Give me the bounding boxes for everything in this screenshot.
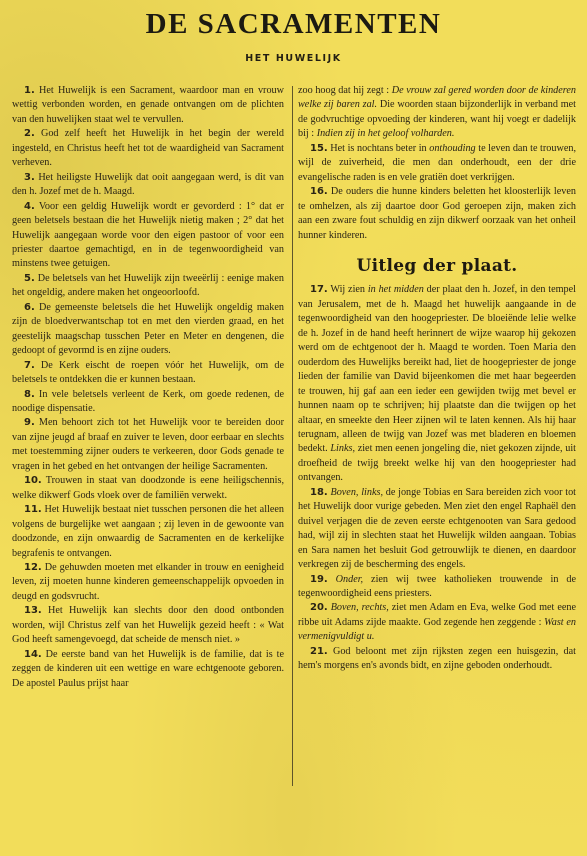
paragraph-text: De ouders die hunne kinders beletten het…	[298, 186, 576, 240]
paragraph-1: 1. Het Huwelijk is een Sacrament, waardo…	[12, 84, 284, 127]
paragraph-15: 15. Het is nochtans beter in onthouding …	[298, 142, 576, 185]
paragraph-number: 18.	[310, 487, 328, 498]
section-heading: Uitleg der plaat.	[298, 259, 576, 273]
document-page: DE SACRAMENTEN HET HUWELIJK 1. Het Huwel…	[0, 0, 587, 856]
paragraph-13: 13. Het Huwelijk kan slechts door den do…	[12, 604, 284, 647]
paragraph-16: 16. De ouders die hunne kinders beletten…	[298, 185, 576, 243]
paragraph-21: 21. God beloont met zijn rijksten zegen …	[298, 645, 576, 674]
emphasis-italic: in het midden	[368, 284, 424, 295]
paragraph-number: 9.	[24, 417, 35, 428]
paragraph-text: In vele beletsels verleent de Kerk, om g…	[12, 389, 284, 414]
paragraph-text: Trouwen in staat van doodzonde is eene h…	[12, 475, 284, 500]
paragraph-text: De gehuwden moeten met elkander in trouw…	[12, 562, 284, 602]
paragraph-number: 13.	[24, 605, 42, 616]
paragraph-text: Het Huwelijk is een Sacrament, waardoor …	[12, 85, 284, 125]
paragraph-number: 2.	[24, 128, 35, 139]
paragraph-14: 14. De eerste band van het Huwelijk is d…	[12, 648, 284, 691]
paragraph-number: 14.	[24, 649, 42, 660]
paragraph-11: 11. Het Huwelijk bestaat niet tusschen p…	[12, 503, 284, 561]
paragraph-14-continuation: zoo hoog dat hij zegt : De vrouw zal ger…	[298, 84, 576, 142]
paragraph-number: 11.	[24, 504, 42, 515]
emphasis-italic: Boven, rechts,	[328, 602, 389, 613]
paragraph-17: 17. Wij zien in het midden der plaat den…	[298, 283, 576, 485]
paragraph-8: 8. In vele beletsels verleent de Kerk, o…	[12, 388, 284, 417]
paragraph-number: 7.	[24, 360, 35, 371]
paragraph-text: Voor een geldig Huwelijk wordt er gevord…	[12, 201, 284, 270]
column-divider	[292, 86, 293, 786]
paragraph-number: 12.	[24, 562, 42, 573]
paragraph-20: 20. Boven, rechts, ziet men Adam en Eva,…	[298, 601, 576, 644]
emphasis-italic: Boven, links,	[328, 487, 383, 498]
paragraph-number: 3.	[24, 172, 35, 183]
paragraph-18: 18. Boven, links, de jonge Tobias en Sar…	[298, 486, 576, 573]
paragraph-text: Men behoort zich tot het Huwelijk voor t…	[12, 417, 284, 471]
paragraph-10: 10. Trouwen in staat van doodzonde is ee…	[12, 474, 284, 503]
right-column: zoo hoog dat hij zegt : De vrouw zal ger…	[298, 84, 576, 674]
paragraph-number: 4.	[24, 201, 35, 212]
page-title: DE SACRAMENTEN	[0, 8, 587, 41]
paragraph-9: 9. Men behoort zich tot het Huwelijk voo…	[12, 416, 284, 474]
paragraph-number: 10.	[24, 475, 42, 486]
emphasis-italic: Onder,	[328, 574, 363, 585]
paragraph-text: Het Huwelijk kan slechts door den dood o…	[12, 605, 284, 645]
quote-italic: Indien zij in het geloof volharden.	[317, 128, 455, 139]
paragraph-text: God beloont met zijn rijksten zegen een …	[298, 646, 576, 671]
paragraph-number: 6.	[24, 302, 35, 313]
paragraph-text: De beletsels van het Huwelijk zijn tweeë…	[12, 273, 284, 298]
paragraph-text: zoo hoog dat hij zegt :	[298, 85, 392, 96]
paragraph-number: 15.	[310, 143, 328, 154]
paragraph-number: 8.	[24, 389, 35, 400]
paragraph-text: Het heiligste Huwelijk dat ooit aangegaa…	[12, 172, 284, 197]
paragraph-text: De eerste band van het Huwelijk is de fa…	[12, 649, 284, 689]
paragraph-number: 16.	[310, 186, 328, 197]
paragraph-12: 12. De gehuwden moeten met elkander in t…	[12, 561, 284, 604]
paragraph-text: Het is nochtans beter in	[328, 143, 430, 154]
paragraph-number: 5.	[24, 273, 35, 284]
paragraph-5: 5. De beletsels van het Huwelijk zijn tw…	[12, 272, 284, 301]
paragraph-text: De gemeenste beletsels die het Huwelijk …	[12, 302, 284, 356]
paragraph-text: de jonge Tobias en Sara bereiden zich vo…	[298, 487, 576, 570]
paragraph-text: God zelf heeft het Huwelijk in het begin…	[12, 128, 284, 168]
paragraph-text: De Kerk eischt de roepen vóór het Huweli…	[12, 360, 284, 385]
paragraph-number: 19.	[310, 574, 328, 585]
paragraph-text: Wij zien	[328, 284, 368, 295]
paragraph-2: 2. God zelf heeft het Huwelijk in het be…	[12, 127, 284, 170]
paragraph-number: 1.	[24, 85, 35, 96]
paragraph-number: 21.	[310, 646, 328, 657]
paragraph-text: Het Huwelijk bestaat niet tusschen perso…	[12, 504, 284, 558]
paragraph-number: 20.	[310, 602, 328, 613]
emphasis-italic: onthouding	[429, 143, 475, 154]
paragraph-text: der plaat den h. Jozef, in den tempel va…	[298, 284, 576, 454]
paragraph-3: 3. Het heiligste Huwelijk dat ooit aange…	[12, 171, 284, 200]
paragraph-6: 6. De gemeenste beletsels die het Huweli…	[12, 301, 284, 359]
paragraph-4: 4. Voor een geldig Huwelijk wordt er gev…	[12, 200, 284, 272]
paragraph-19: 19. Onder, zien wij twee katholieken tro…	[298, 573, 576, 602]
left-column: 1. Het Huwelijk is een Sacrament, waardo…	[12, 84, 284, 691]
paragraph-7: 7. De Kerk eischt de roepen vóór het Huw…	[12, 359, 284, 388]
emphasis-italic: Links,	[330, 443, 355, 454]
page-subtitle: HET HUWELIJK	[0, 53, 587, 64]
paragraph-number: 17.	[310, 284, 328, 295]
